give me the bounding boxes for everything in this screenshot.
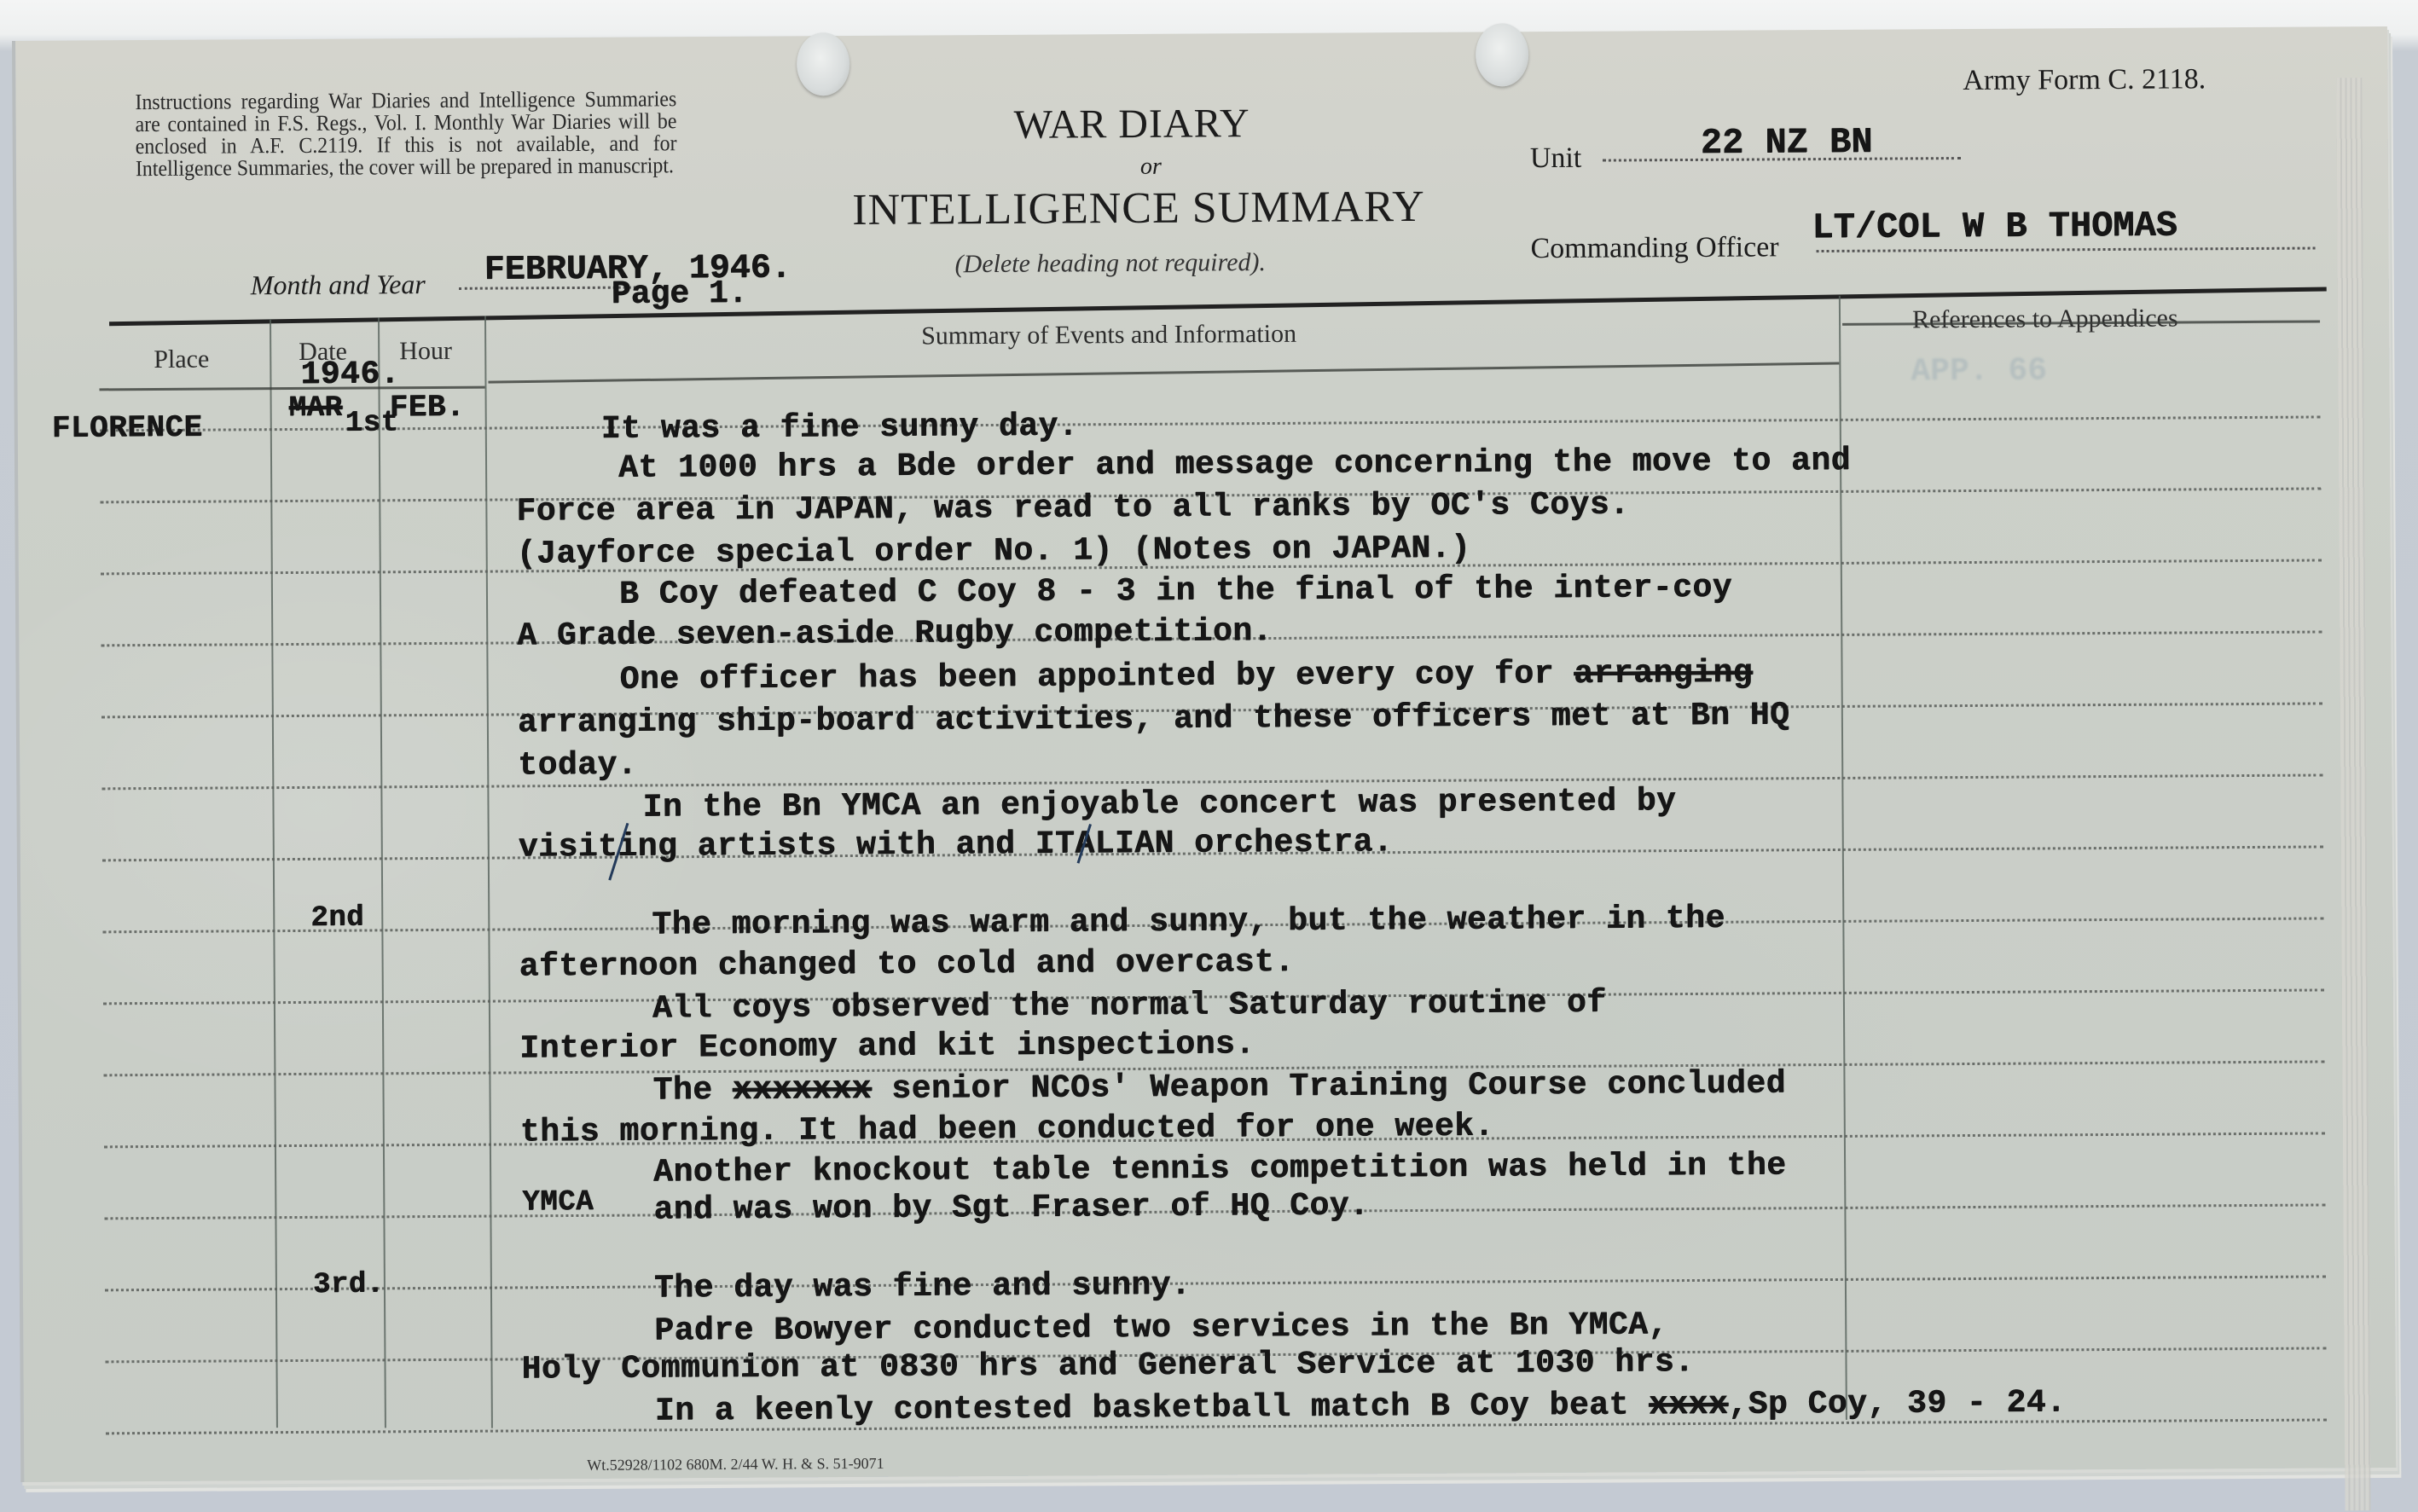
summary-line: today.: [518, 747, 637, 785]
form-title-or: or: [1140, 154, 1162, 181]
unit-value: 22 NZ BN: [1701, 122, 1873, 164]
form-title-intelligence-summary: INTELLIGENCE SUMMARY: [852, 182, 1425, 235]
place-entry-florence: FLORENCE: [52, 410, 203, 446]
summary-line: One officer has been appointed by every …: [619, 655, 1753, 698]
struck-month-entry: MAR: [289, 392, 343, 425]
summary-line: It was a fine sunny day.: [601, 408, 1079, 447]
column-header-place: Place: [154, 345, 209, 374]
delete-heading-note: (Delete heading not required).: [955, 248, 1267, 279]
summary-line: Another knockout table tennis competitio…: [653, 1147, 1787, 1190]
summary-line: arranging ship-board activities, and the…: [518, 697, 1790, 741]
struck-word: xxxx: [1649, 1387, 1728, 1424]
binder-hole-left: [797, 32, 849, 96]
date-entry-1st: 1st: [345, 407, 399, 439]
summary-line-text: The: [652, 1072, 712, 1109]
ruled-row: [105, 1275, 2326, 1291]
column-divider-date-hour: [378, 317, 386, 1428]
summary-line-text: senior NCOs' Weapon Training Course conc…: [891, 1065, 1786, 1107]
summary-line: In the Bn YMCA an enjoyable concert was …: [642, 783, 1676, 826]
summary-line: afternoon changed to cold and overcast.: [519, 944, 1295, 986]
column-header-references: References to Appendices: [1912, 304, 2178, 334]
summary-line: A Grade seven-aside Rugby competition.: [517, 613, 1273, 654]
unit-label: Unit: [1530, 142, 1582, 175]
summary-line: and was won by Sgt Fraser of HQ Coy.: [653, 1187, 1369, 1228]
page-stack-edge: [2336, 78, 2370, 1510]
date-entry-2nd: 2nd: [310, 901, 364, 934]
summary-line: Holy Communion at 0830 hrs and General S…: [521, 1344, 1694, 1387]
commanding-officer-label: Commanding Officer: [1530, 231, 1778, 265]
printer-imprint: Wt.52928/1102 680M. 2/44 W. H. & S. 51-9…: [587, 1455, 884, 1474]
summary-line-text: In a keenly contested basketball match B…: [655, 1387, 1629, 1429]
page-number: Page 1.: [612, 275, 748, 313]
column-divider-hour-summary: [484, 316, 493, 1428]
summary-line: At 1000 hrs a Bde order and message conc…: [618, 443, 1851, 487]
column-header-summary: Summary of Events and Information: [921, 320, 1296, 351]
summary-line: Padre Bowyer conducted two services in t…: [654, 1306, 1668, 1349]
summary-line: All coys observed the normal Saturday ro…: [652, 985, 1607, 1028]
struck-word: arranging: [1574, 655, 1753, 692]
bleed-through-appendix-ref: APP. 66: [1911, 352, 2047, 390]
form-title-war-diary: WAR DIARY: [1013, 100, 1250, 148]
date-entry-3rd: 3rd.: [313, 1268, 385, 1301]
summary-line: visiting artists with and ITALIAN orches…: [519, 824, 1394, 866]
month-year-label: Month and Year: [251, 269, 426, 301]
binder-hole-right: [1476, 23, 1528, 86]
summary-line: The xxxxxxx senior NCOs' Weapon Training…: [652, 1065, 1786, 1109]
form-instructions: Instructions regarding War Diaries and I…: [135, 88, 676, 180]
column-header-bottom-rule-summary: [488, 362, 1839, 383]
summary-line-text: ,Sp Coy, 39 - 24.: [1728, 1384, 2066, 1422]
commanding-officer-value: LT/COL W B THOMAS: [1812, 205, 2177, 248]
place-entry-ymca: YMCA: [522, 1186, 594, 1219]
summary-line: The day was fine and sunny.: [654, 1267, 1191, 1307]
summary-line-text: One officer has been appointed by every …: [619, 656, 1554, 698]
summary-line: Force area in JAPAN, was read to all ran…: [516, 486, 1629, 530]
month-entry: FEB.: [390, 390, 466, 426]
column-divider-place-date: [270, 319, 278, 1428]
column-header-hour: Hour: [399, 337, 452, 366]
army-form-number: Army Form C. 2118.: [1963, 63, 2206, 97]
struck-word: xxxxxxx: [733, 1071, 872, 1109]
summary-line: (Jayforce special order No. 1) (Notes on…: [517, 530, 1471, 573]
summary-line: Interior Economy and kit inspections.: [519, 1026, 1255, 1067]
summary-line: The morning was warm and sunny, but the …: [652, 901, 1725, 944]
year-entry: 1946.: [300, 356, 400, 393]
war-diary-page: Instructions regarding War Diaries and I…: [12, 26, 2396, 1482]
summary-line: this morning. It had been conducted for …: [520, 1108, 1494, 1150]
summary-line: B Coy defeated C Coy 8 - 3 in the final …: [619, 570, 1732, 613]
